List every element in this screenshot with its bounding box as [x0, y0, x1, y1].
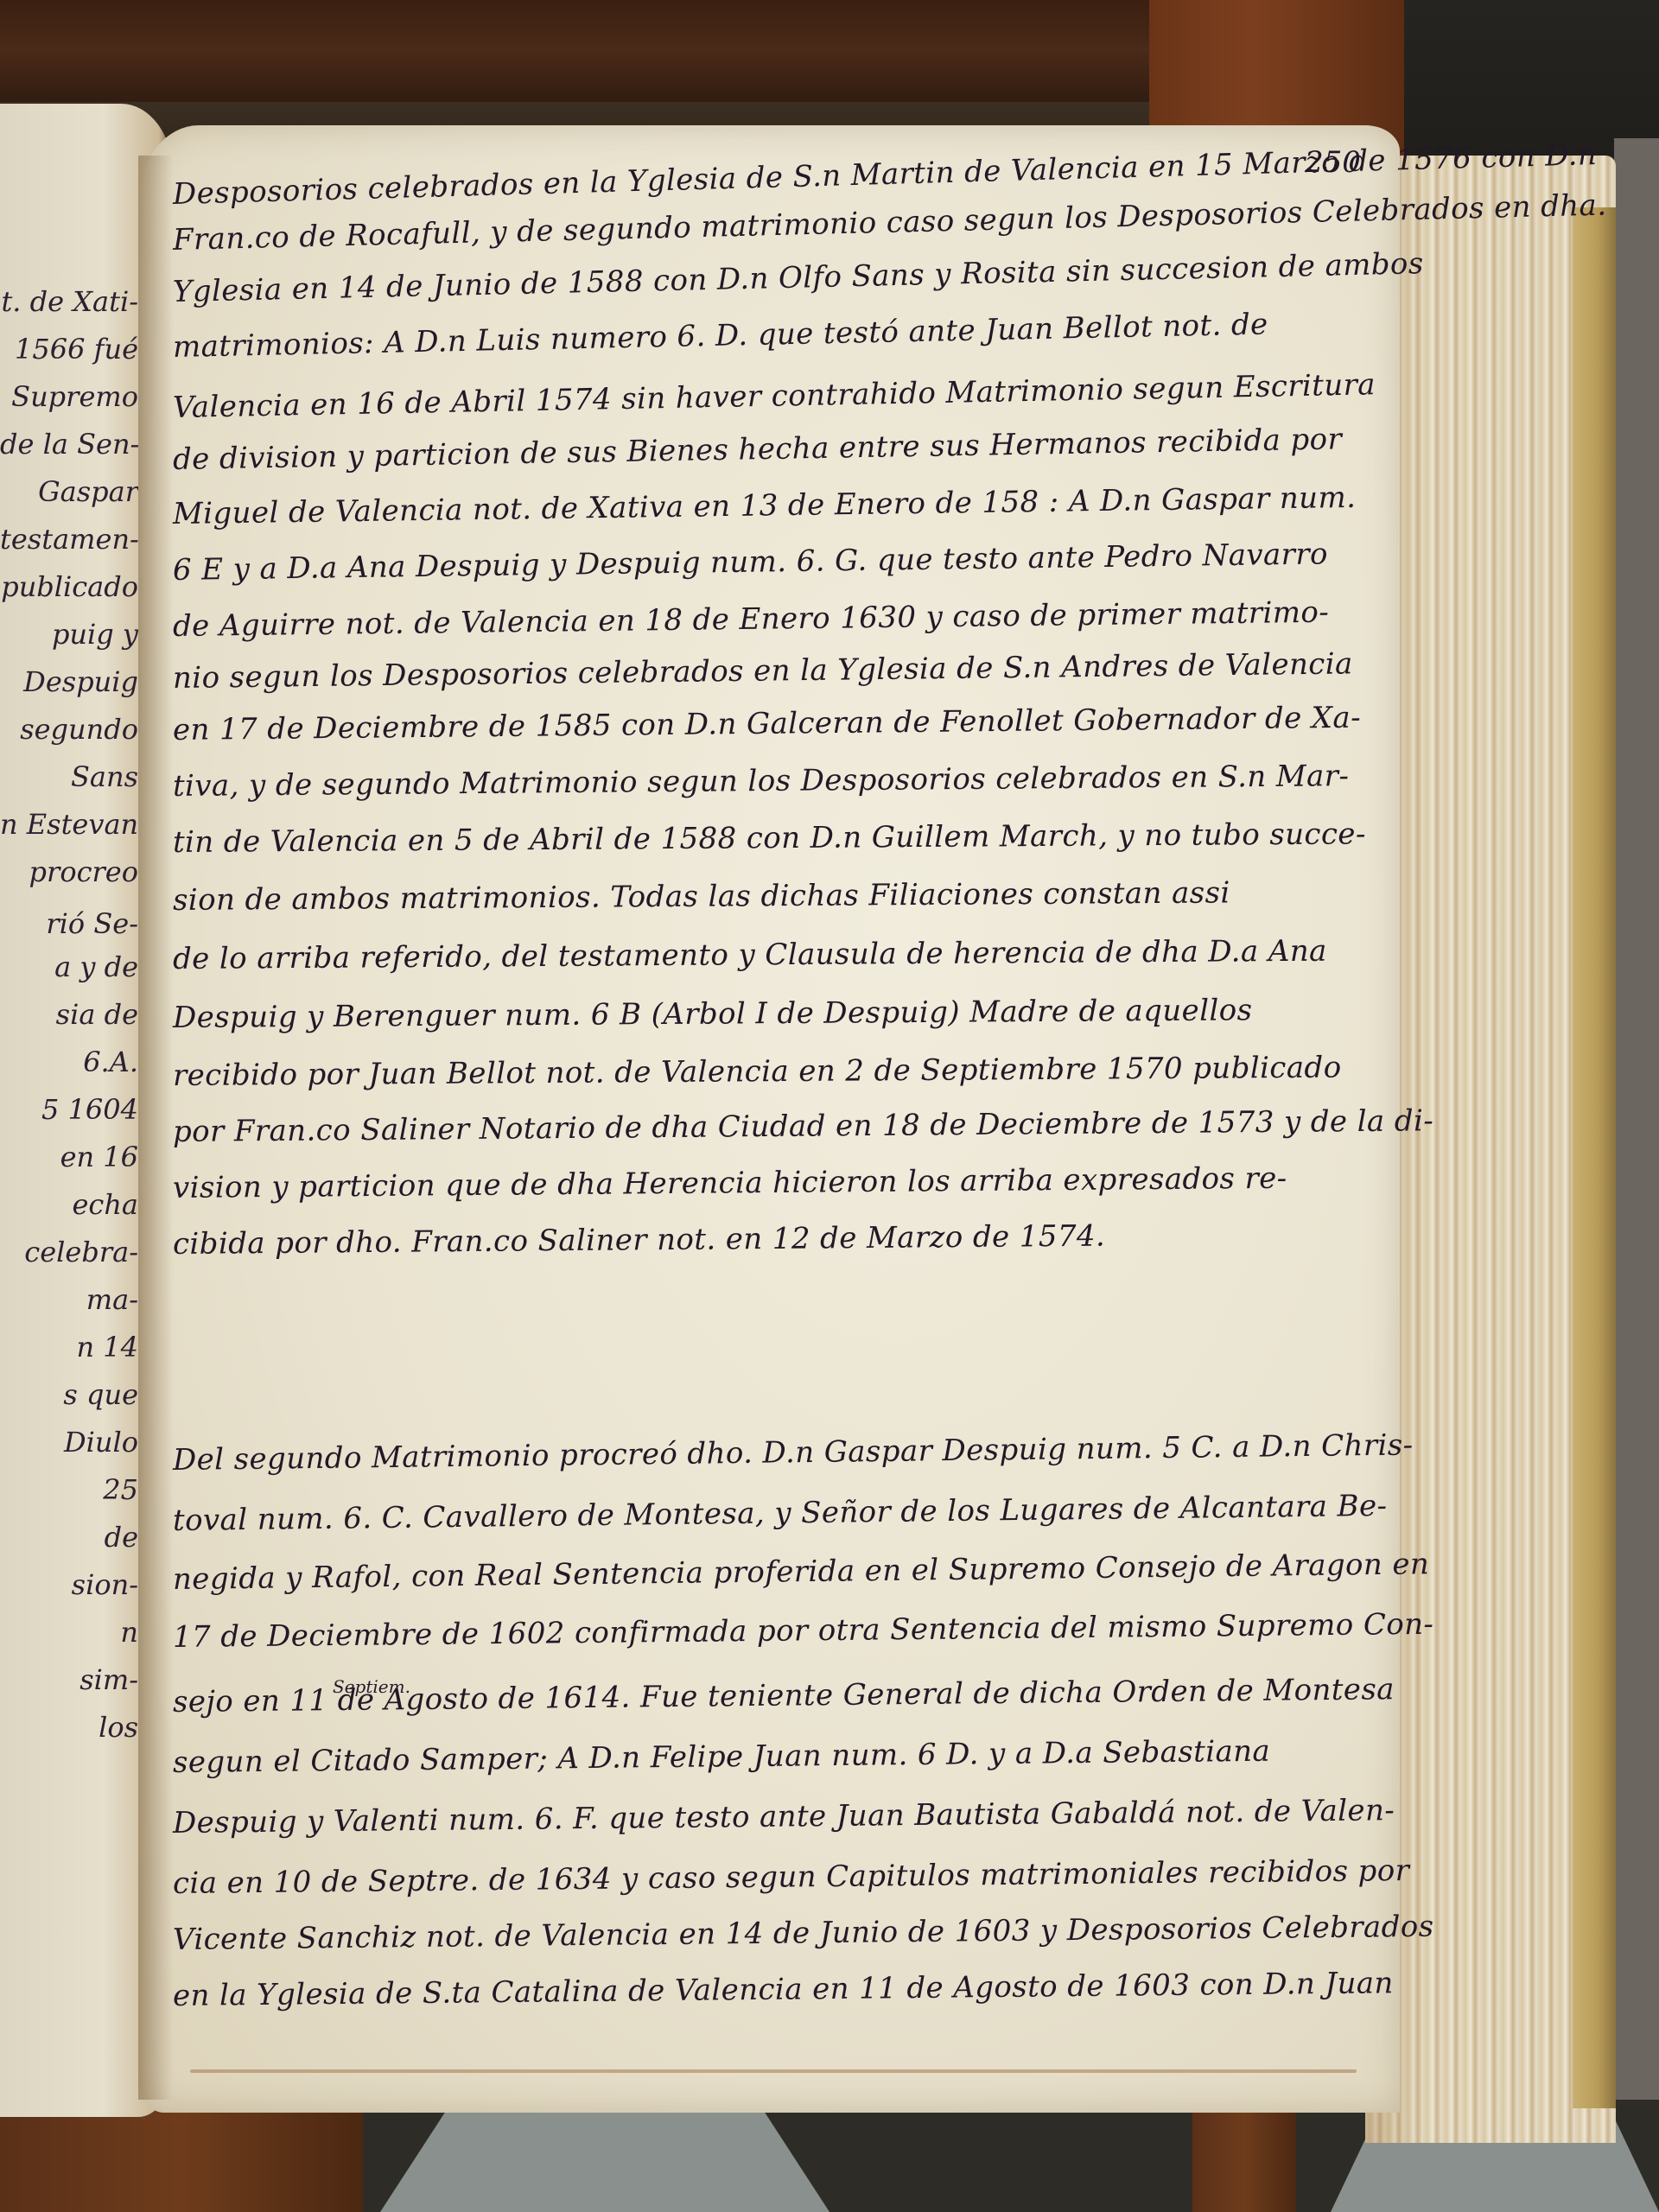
book-cover-edge	[1573, 207, 1616, 2108]
wall-background	[1614, 138, 1659, 2212]
wood-surface	[1192, 2108, 1296, 2212]
spine-shadow	[138, 156, 173, 2100]
water-stain	[190, 2069, 1357, 2073]
interlinear-correction: Septiem.	[333, 1676, 410, 1697]
wood-surface	[0, 2108, 363, 2212]
stone-surface	[380, 2108, 829, 2212]
